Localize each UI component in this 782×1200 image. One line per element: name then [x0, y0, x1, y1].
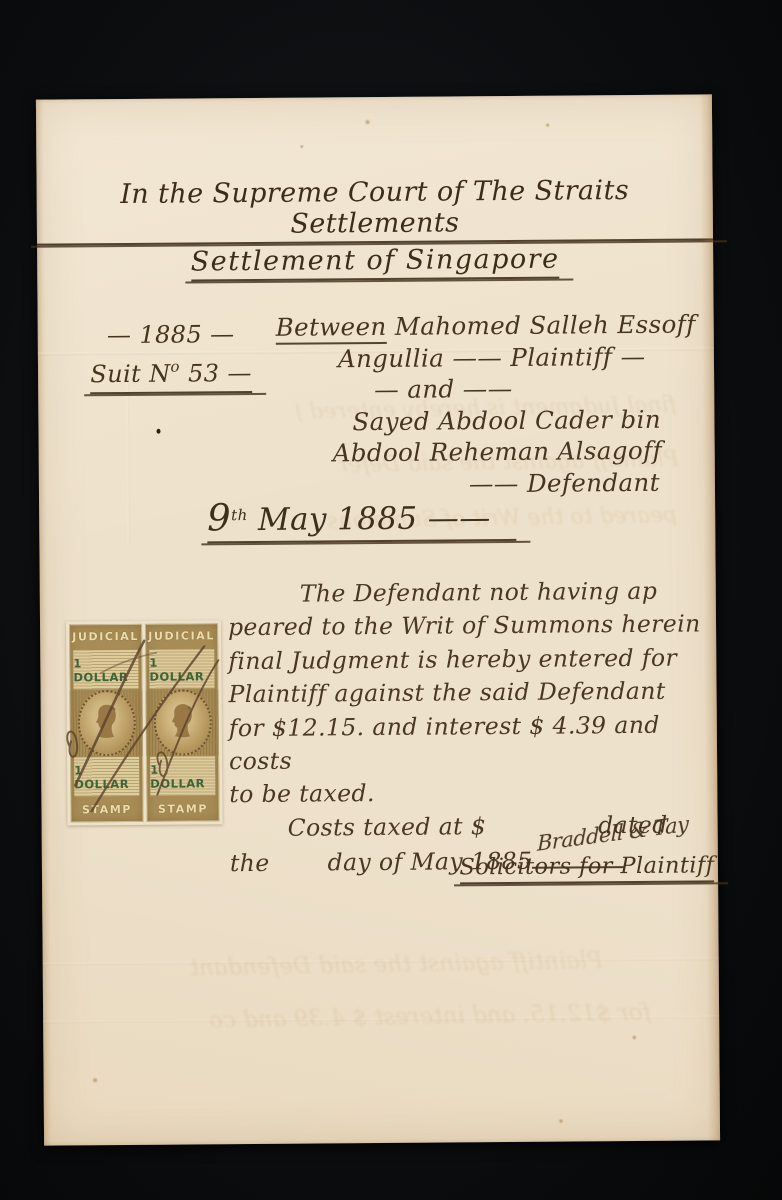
suit-number: Suit No 53 — [86, 350, 256, 394]
ink-speck [156, 429, 160, 434]
stamp-value-bottom: 1 DOLLAR [74, 757, 139, 797]
case-year: — 1885 — [86, 318, 256, 351]
stamp-value-bottom: 1 DOLLAR [150, 756, 215, 796]
signature-block: Braddell & Tay Solicitors for Plaintiff [442, 824, 732, 884]
parties-block: Between Mahomed Salleh Essoff Angullia —… [276, 308, 713, 500]
judgment-line: final Judgment is hereby entered for [228, 641, 724, 678]
solicitor-role: Solicitors for Plaintiff [442, 852, 732, 884]
ink-bleedthrough-line: Plaintiff against the said Defendant [133, 948, 603, 983]
settlement-heading: Settlement of Singapore [37, 242, 713, 282]
judgment-line: peared to the Writ of Summons herein [228, 608, 724, 645]
judicial-stamp: JUDICIAL 1 DOLLAR 1 DOLLAR STAMP [145, 623, 220, 822]
document-page: final Judgment is hereby entered for Pla… [36, 94, 720, 1145]
ink-bleedthrough-line: for $12.15. and interest $ 4.39 and cost… [211, 1000, 651, 1034]
foxing-spot [92, 1077, 99, 1083]
foxing-spot [631, 1035, 637, 1040]
court-heading: In the Supreme Court of The Straits Sett… [37, 174, 713, 245]
judgment-line: to be taxed. [229, 775, 725, 812]
court-heading-text: In the Supreme Court of The Straits Sett… [37, 174, 713, 245]
queen-victoria-portrait [153, 689, 212, 755]
judgment-line: for $12.15. and interest $ 4.39 and cost… [229, 708, 726, 779]
between-label: Between [276, 312, 387, 345]
date-heading: 9th May 1885 —— [207, 494, 517, 543]
between-line: Between Mahomed Salleh Essoff [276, 308, 712, 343]
photo-background: final Judgment is hereby entered for Pla… [0, 0, 782, 1200]
stamp-value-top: 1 DOLLAR [73, 650, 138, 690]
the-text: the [230, 847, 270, 881]
stamp-vignette [70, 690, 144, 757]
stamp-judicial-label: JUDICIAL [145, 623, 218, 649]
stamp-vignette [146, 689, 220, 756]
profile-silhouette-icon [166, 701, 198, 743]
stamp-judicial-label: JUDICIAL [69, 624, 142, 650]
date-rest: May 1885 —— [248, 500, 491, 538]
judgment-line: Plaintiff against the said Defendant [228, 674, 724, 711]
and-line: — and —— [276, 371, 712, 406]
stamp-stamp-label: STAMP [70, 797, 143, 823]
foxing-spot [558, 1119, 564, 1124]
plaintiff-name: Mahomed Salleh Essoff [386, 309, 695, 340]
defendant-name-line2: Abdool Reheman Alsagoff [277, 434, 713, 469]
foxing-spot [545, 123, 550, 128]
foxing-spot [364, 119, 371, 125]
settlement-heading-text: Settlement of Singapore [191, 244, 560, 282]
stamp-value-top: 1 DOLLAR [149, 649, 214, 689]
foxing-spot [299, 145, 304, 149]
judgment-line: The Defendant not having ap [228, 574, 724, 611]
plaintiff-line2: Angullia —— Plaintiff — [276, 340, 712, 375]
judicial-stamp-pair: JUDICIAL 1 DOLLAR 1 DOLLAR STAMP JUDICIA… [66, 620, 223, 825]
queen-victoria-portrait [77, 690, 136, 756]
profile-silhouette-icon [90, 702, 122, 744]
case-reference: — 1885 — Suit No 53 — [86, 318, 257, 394]
defendant-name-line1: Sayed Abdool Cader bin [276, 403, 712, 438]
judicial-stamp: JUDICIAL 1 DOLLAR 1 DOLLAR STAMP [69, 624, 144, 823]
date-day: 9 [207, 496, 231, 539]
date-ordinal: th [231, 506, 248, 524]
stamp-stamp-label: STAMP [146, 796, 219, 822]
